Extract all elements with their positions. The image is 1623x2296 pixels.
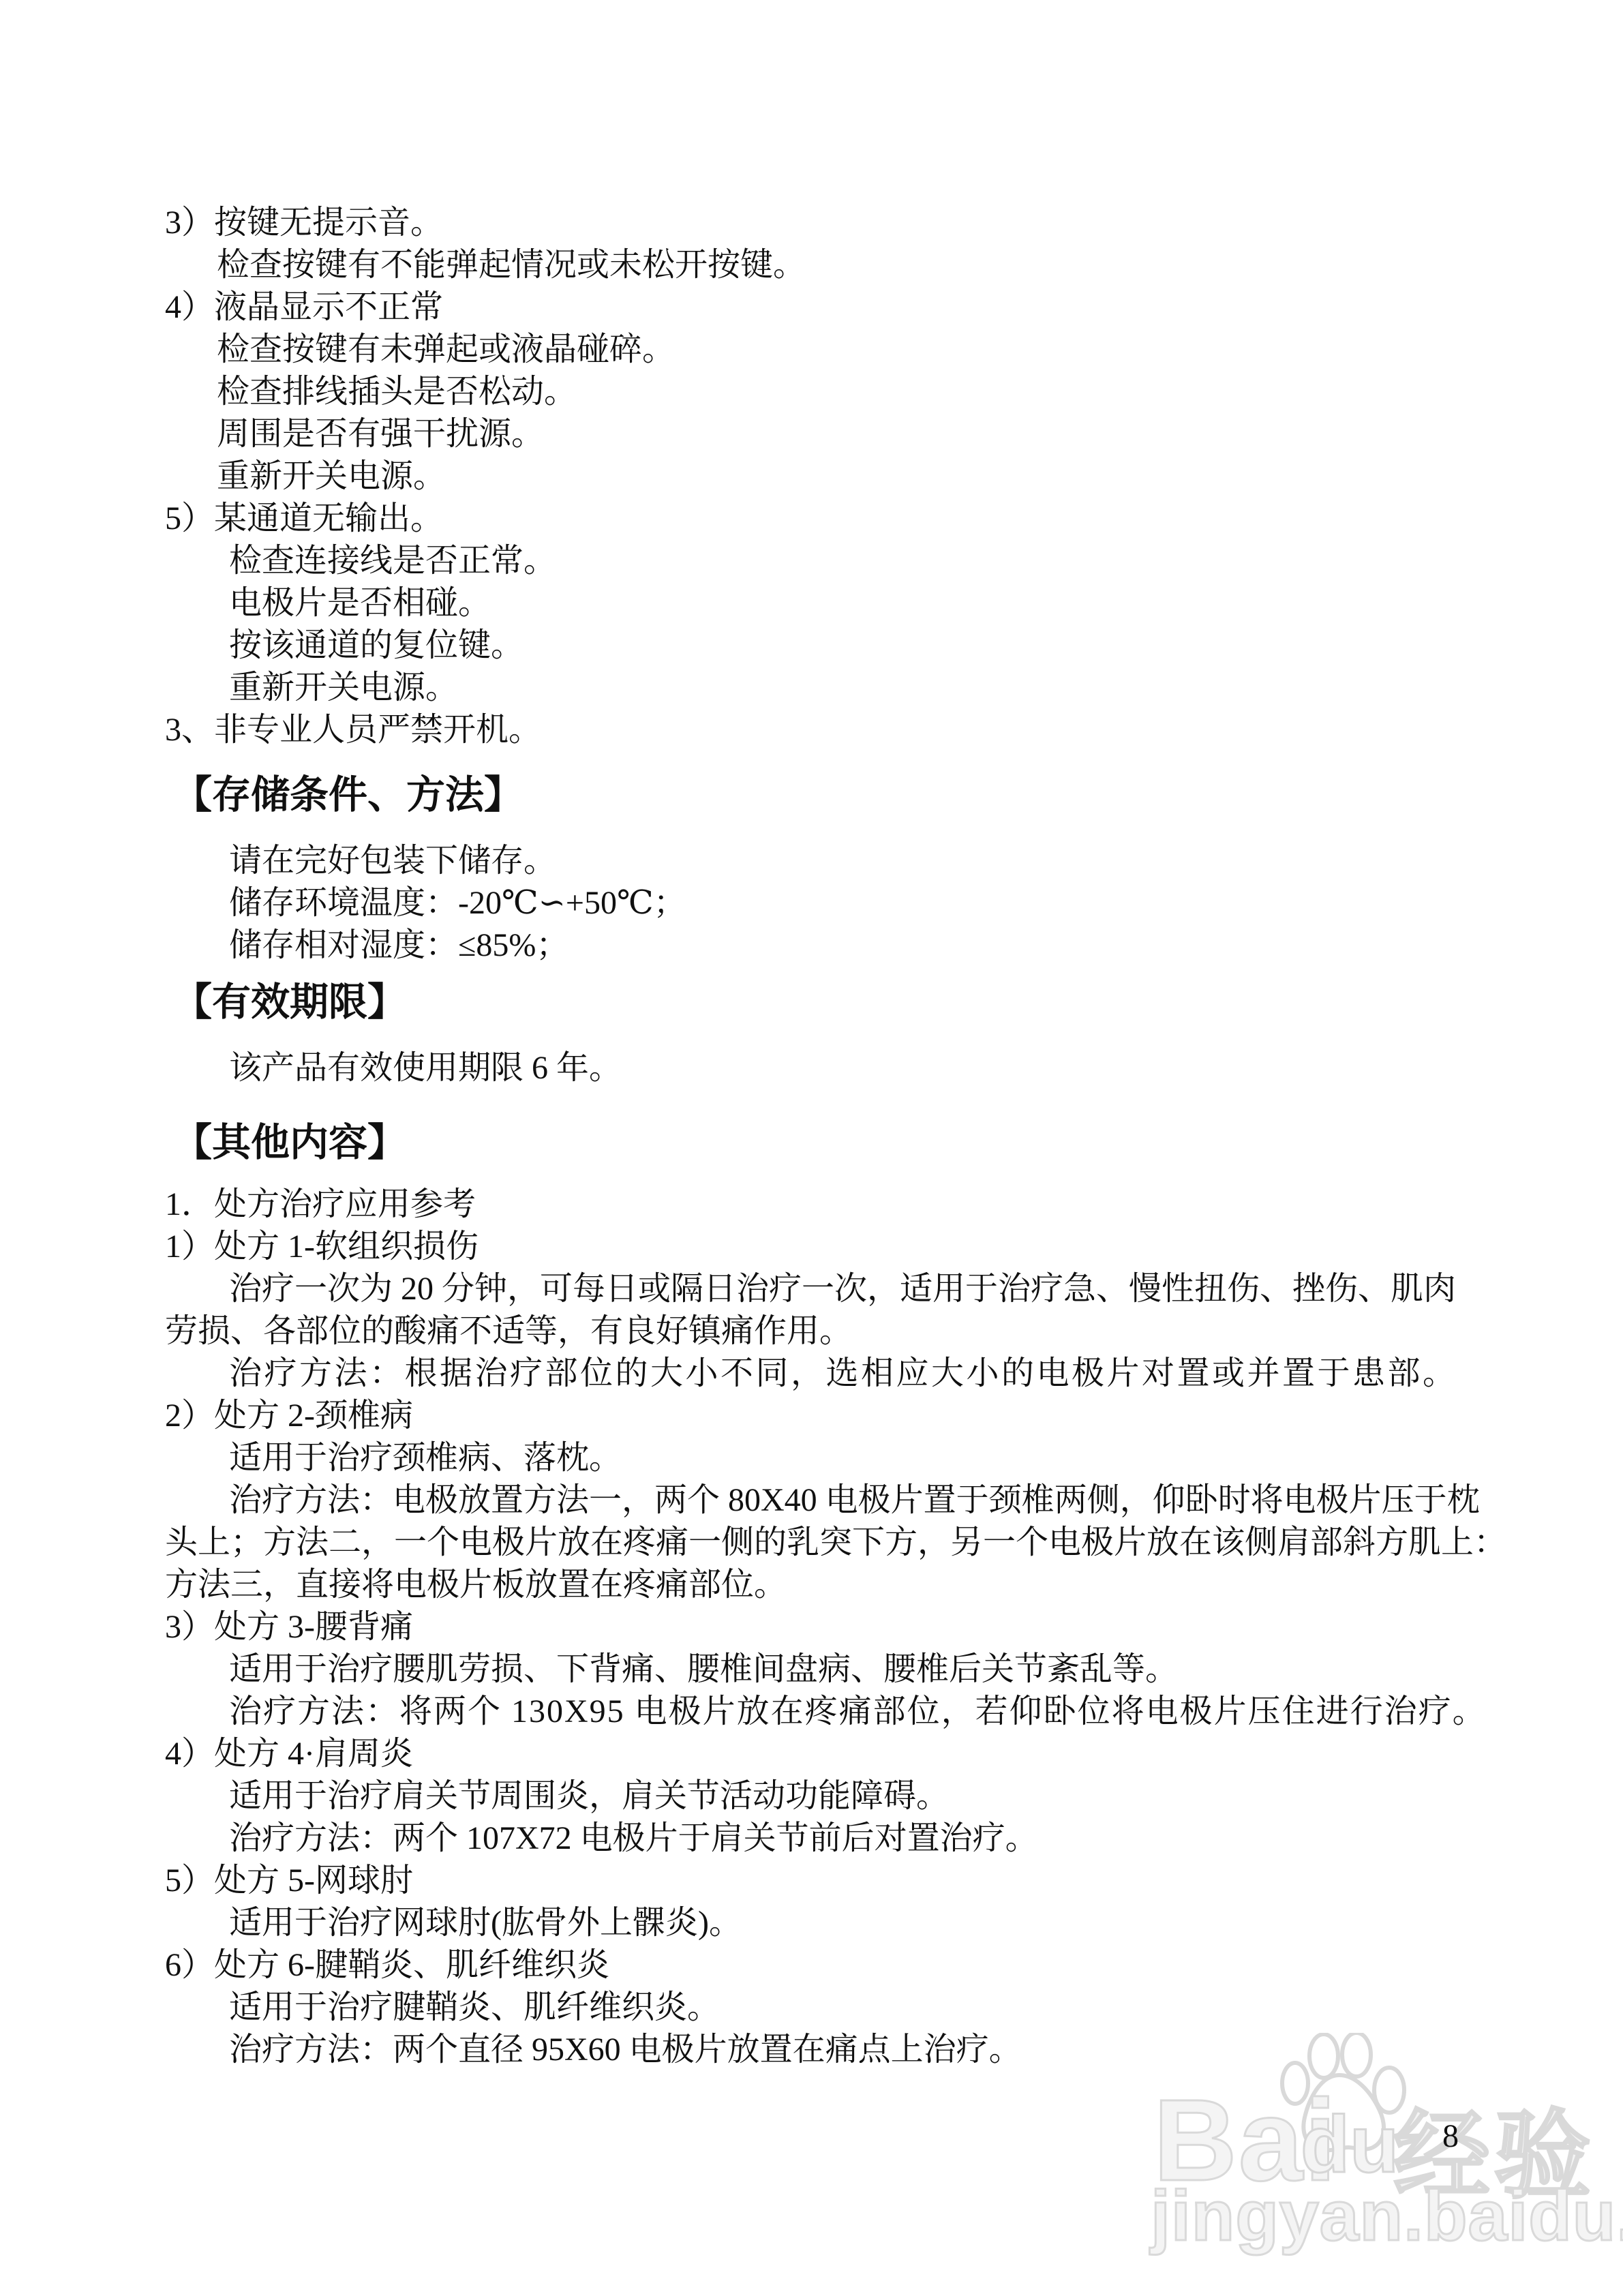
other-line: 治疗一次为 20 分钟，可每日或隔日治疗一次，适用于治疗急、慢性扭伤、挫伤、肌肉 [229, 1268, 1483, 1310]
faq-check: 检查排线插头是否松动。 [217, 371, 1483, 413]
page-content: 3）按键无提示音。 检查按键有不能弹起情况或未松开按键。 4）液晶显示不正常 检… [165, 202, 1483, 2071]
other-line: 1．处方治疗应用参考 [165, 1183, 1483, 1226]
other-line: 劳损、各部位的酸痛不适等，有良好镇痛作用。 [165, 1310, 1483, 1353]
section-heading-storage: 【存储条件、方法】 [173, 770, 1483, 821]
faq-check: 检查按键有未弹起或液晶碰碎。 [217, 329, 1483, 371]
other-line: 4）处方 4·肩周炎 [165, 1733, 1483, 1775]
storage-line: 储存相对湿度：≤85%； [229, 924, 1483, 967]
faq-check: 重新开关电源。 [229, 667, 1483, 709]
other-line: 5）处方 5-网球肘 [165, 1860, 1483, 1902]
storage-line: 请在完好包装下储存。 [229, 840, 1483, 882]
other-line: 方法三，直接将电极片板放置在疼痛部位。 [165, 1564, 1483, 1606]
faq-check: 周围是否有强干扰源。 [217, 413, 1483, 455]
other-line: 治疗方法：根据治疗部位的大小不同，选相应大小的电极片对置或并置于患部。 [229, 1353, 1483, 1395]
faq-check: 按该通道的复位键。 [229, 624, 1483, 667]
other-line: 治疗方法：两个 107X72 电极片于肩关节前后对置治疗。 [229, 1817, 1483, 1860]
other-line: 适用于治疗网球肘(肱骨外上髁炎)。 [229, 1902, 1483, 1944]
other-line: 1）处方 1-软组织损伤 [165, 1226, 1483, 1268]
validity-line: 该产品有效使用期限 6 年。 [229, 1047, 1483, 1089]
other-line: 适用于治疗腰肌劳损、下背痛、腰椎间盘病、腰椎后关节紊乱等。 [229, 1648, 1483, 1691]
other-line: 3）处方 3-腰背痛 [165, 1606, 1483, 1648]
other-line: 2）处方 2-颈椎病 [165, 1395, 1483, 1437]
other-line: 适用于治疗肩关节周围炎，肩关节活动功能障碍。 [229, 1775, 1483, 1817]
faq-check: 检查连接线是否正常。 [229, 540, 1483, 582]
faq-item: 4）液晶显示不正常 [165, 286, 1483, 329]
faq-check: 重新开关电源。 [217, 455, 1483, 498]
storage-line: 储存环境温度：-20℃∽+50℃； [229, 882, 1483, 924]
faq-item: 3）按键无提示音。 [165, 202, 1483, 244]
other-line: 6）处方 6-腱鞘炎、肌纤维织炎 [165, 1944, 1483, 1987]
other-line: 治疗方法：将两个 130X95 电极片放在疼痛部位，若仰卧位将电极片压住进行治疗… [229, 1691, 1483, 1733]
section-heading-validity: 【有效期限】 [173, 978, 1483, 1028]
faq-check: 电极片是否相碰。 [229, 582, 1483, 624]
other-line: 适用于治疗颈椎病、落枕。 [229, 1437, 1483, 1479]
faq-item: 5）某通道无输出。 [165, 498, 1483, 540]
other-line: 适用于治疗腱鞘炎、肌纤维织炎。 [229, 1987, 1483, 2029]
faq-check: 检查按键有不能弹起情况或未松开按键。 [217, 244, 1483, 286]
faq-item: 3、非专业人员严禁开机。 [165, 709, 1483, 751]
page-number: 8 [1442, 2117, 1459, 2156]
other-line: 头上；方法二，一个电极片放在疼痛一侧的乳突下方，另一个电极片放在该侧肩部斜方肌上… [165, 1522, 1483, 1564]
other-line: 治疗方法：电极放置方法一，两个 80X40 电极片置于颈椎两侧，仰卧时将电极片压… [229, 1479, 1483, 1522]
section-heading-other: 【其他内容】 [173, 1118, 1483, 1168]
watermark-site-url: jingyan.baidu.com [1151, 2176, 1623, 2257]
